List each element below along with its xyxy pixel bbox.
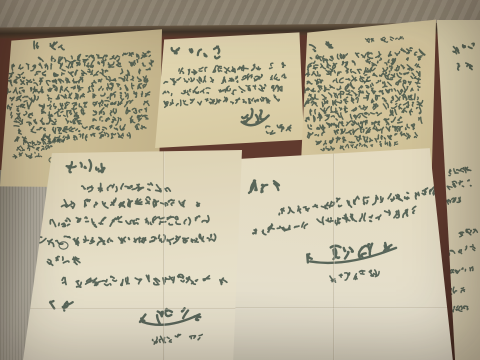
handwriting-line bbox=[450, 304, 473, 319]
date-handwriting bbox=[152, 334, 210, 350]
letter-page-2-ink-layer bbox=[152, 30, 304, 148]
paper-crease bbox=[232, 307, 462, 309]
date-handwriting bbox=[255, 124, 298, 140]
handwriting-line bbox=[354, 35, 408, 48]
letter-page-2 bbox=[152, 30, 304, 148]
letter-page-5 bbox=[23, 150, 242, 360]
handwriting-line bbox=[455, 59, 479, 78]
handwriting-line bbox=[48, 215, 215, 233]
handwriting-line bbox=[58, 197, 205, 215]
letter-page-6-ink-layer bbox=[232, 146, 462, 360]
signature-handwriting bbox=[138, 307, 209, 334]
paper-crease bbox=[333, 146, 335, 360]
handwriting-line bbox=[445, 164, 478, 181]
letter-page-6 bbox=[232, 146, 462, 360]
handwriting-line bbox=[63, 160, 125, 183]
handwriting-line bbox=[450, 41, 480, 61]
handwriting-line bbox=[13, 152, 44, 163]
handwriting-line bbox=[245, 177, 294, 205]
date-handwriting bbox=[329, 270, 385, 289]
paper-crease bbox=[23, 308, 242, 310]
handwriting-line bbox=[45, 255, 80, 271]
circled-mark bbox=[57, 239, 70, 252]
paper-crease bbox=[163, 150, 165, 360]
handwriting-line bbox=[48, 301, 84, 324]
handwriting-line bbox=[58, 275, 229, 293]
handwriting-line bbox=[448, 265, 478, 282]
signature-handwriting bbox=[304, 240, 412, 274]
handwriting-line bbox=[457, 227, 479, 242]
letter-page-5-ink-layer bbox=[23, 150, 242, 360]
photo-letters-display bbox=[0, 0, 480, 360]
